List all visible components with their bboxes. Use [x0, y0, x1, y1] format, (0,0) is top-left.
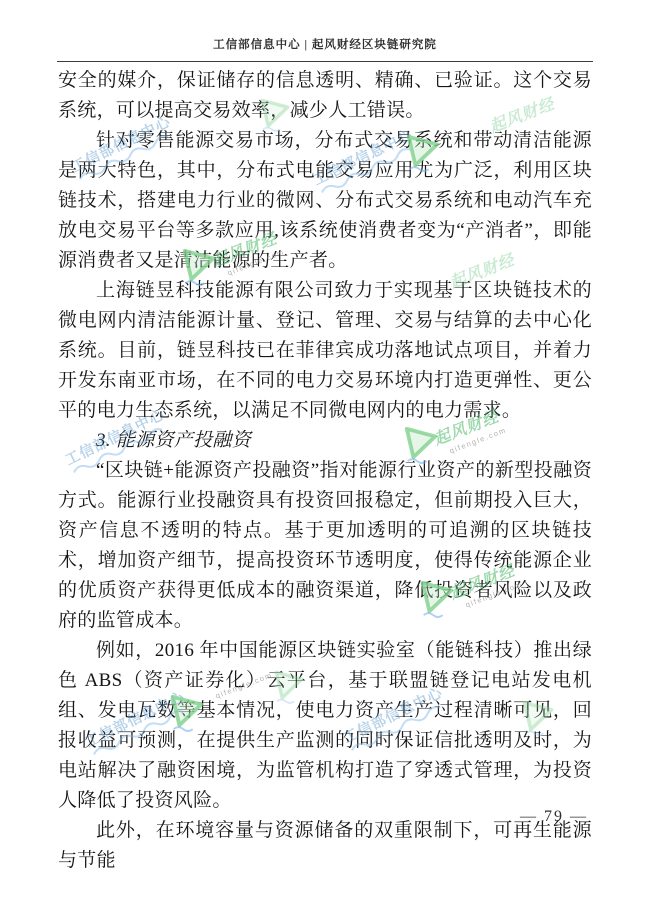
paragraph: 上海链昱科技能源有限公司致力于实现基于区块链技术的微电网内清洁能源计量、登记、管… [58, 276, 592, 426]
document-page: 工信部信息中心 | 起风财经区块链研究院 安全的媒介，保证储存的信息透明、精确、… [0, 0, 650, 919]
paragraph: 针对零售能源交易市场，分布式交易系统和带动清洁能源是两大特色，其中，分布式电能交… [58, 126, 592, 276]
header-divider [57, 61, 593, 62]
paragraph: 此外，在环境容量与资源储备的双重限制下，可再生能源与节能 [58, 816, 592, 876]
header-title: 工信部信息中心 | 起风财经区块链研究院 [57, 36, 593, 52]
page-number: — 79 — [520, 808, 588, 826]
document-body: 安全的媒介，保证储存的信息透明、精确、已验证。这个交易系统，可以提高交易效率，减… [58, 66, 592, 876]
paragraph: 安全的媒介，保证储存的信息透明、精确、已验证。这个交易系统，可以提高交易效率，减… [58, 66, 592, 126]
page-header: 工信部信息中心 | 起风财经区块链研究院 [57, 36, 593, 52]
paragraph: “区块链+能源资产投融资”指对能源行业资产的新型投融资方式。能源行业投融资具有投… [58, 456, 592, 636]
section-heading: 3. 能源资产投融资 [58, 426, 592, 456]
paragraph: 例如，2016 年中国能源区块链实验室（能链科技）推出绿色 ABS（资产证券化）… [58, 636, 592, 816]
